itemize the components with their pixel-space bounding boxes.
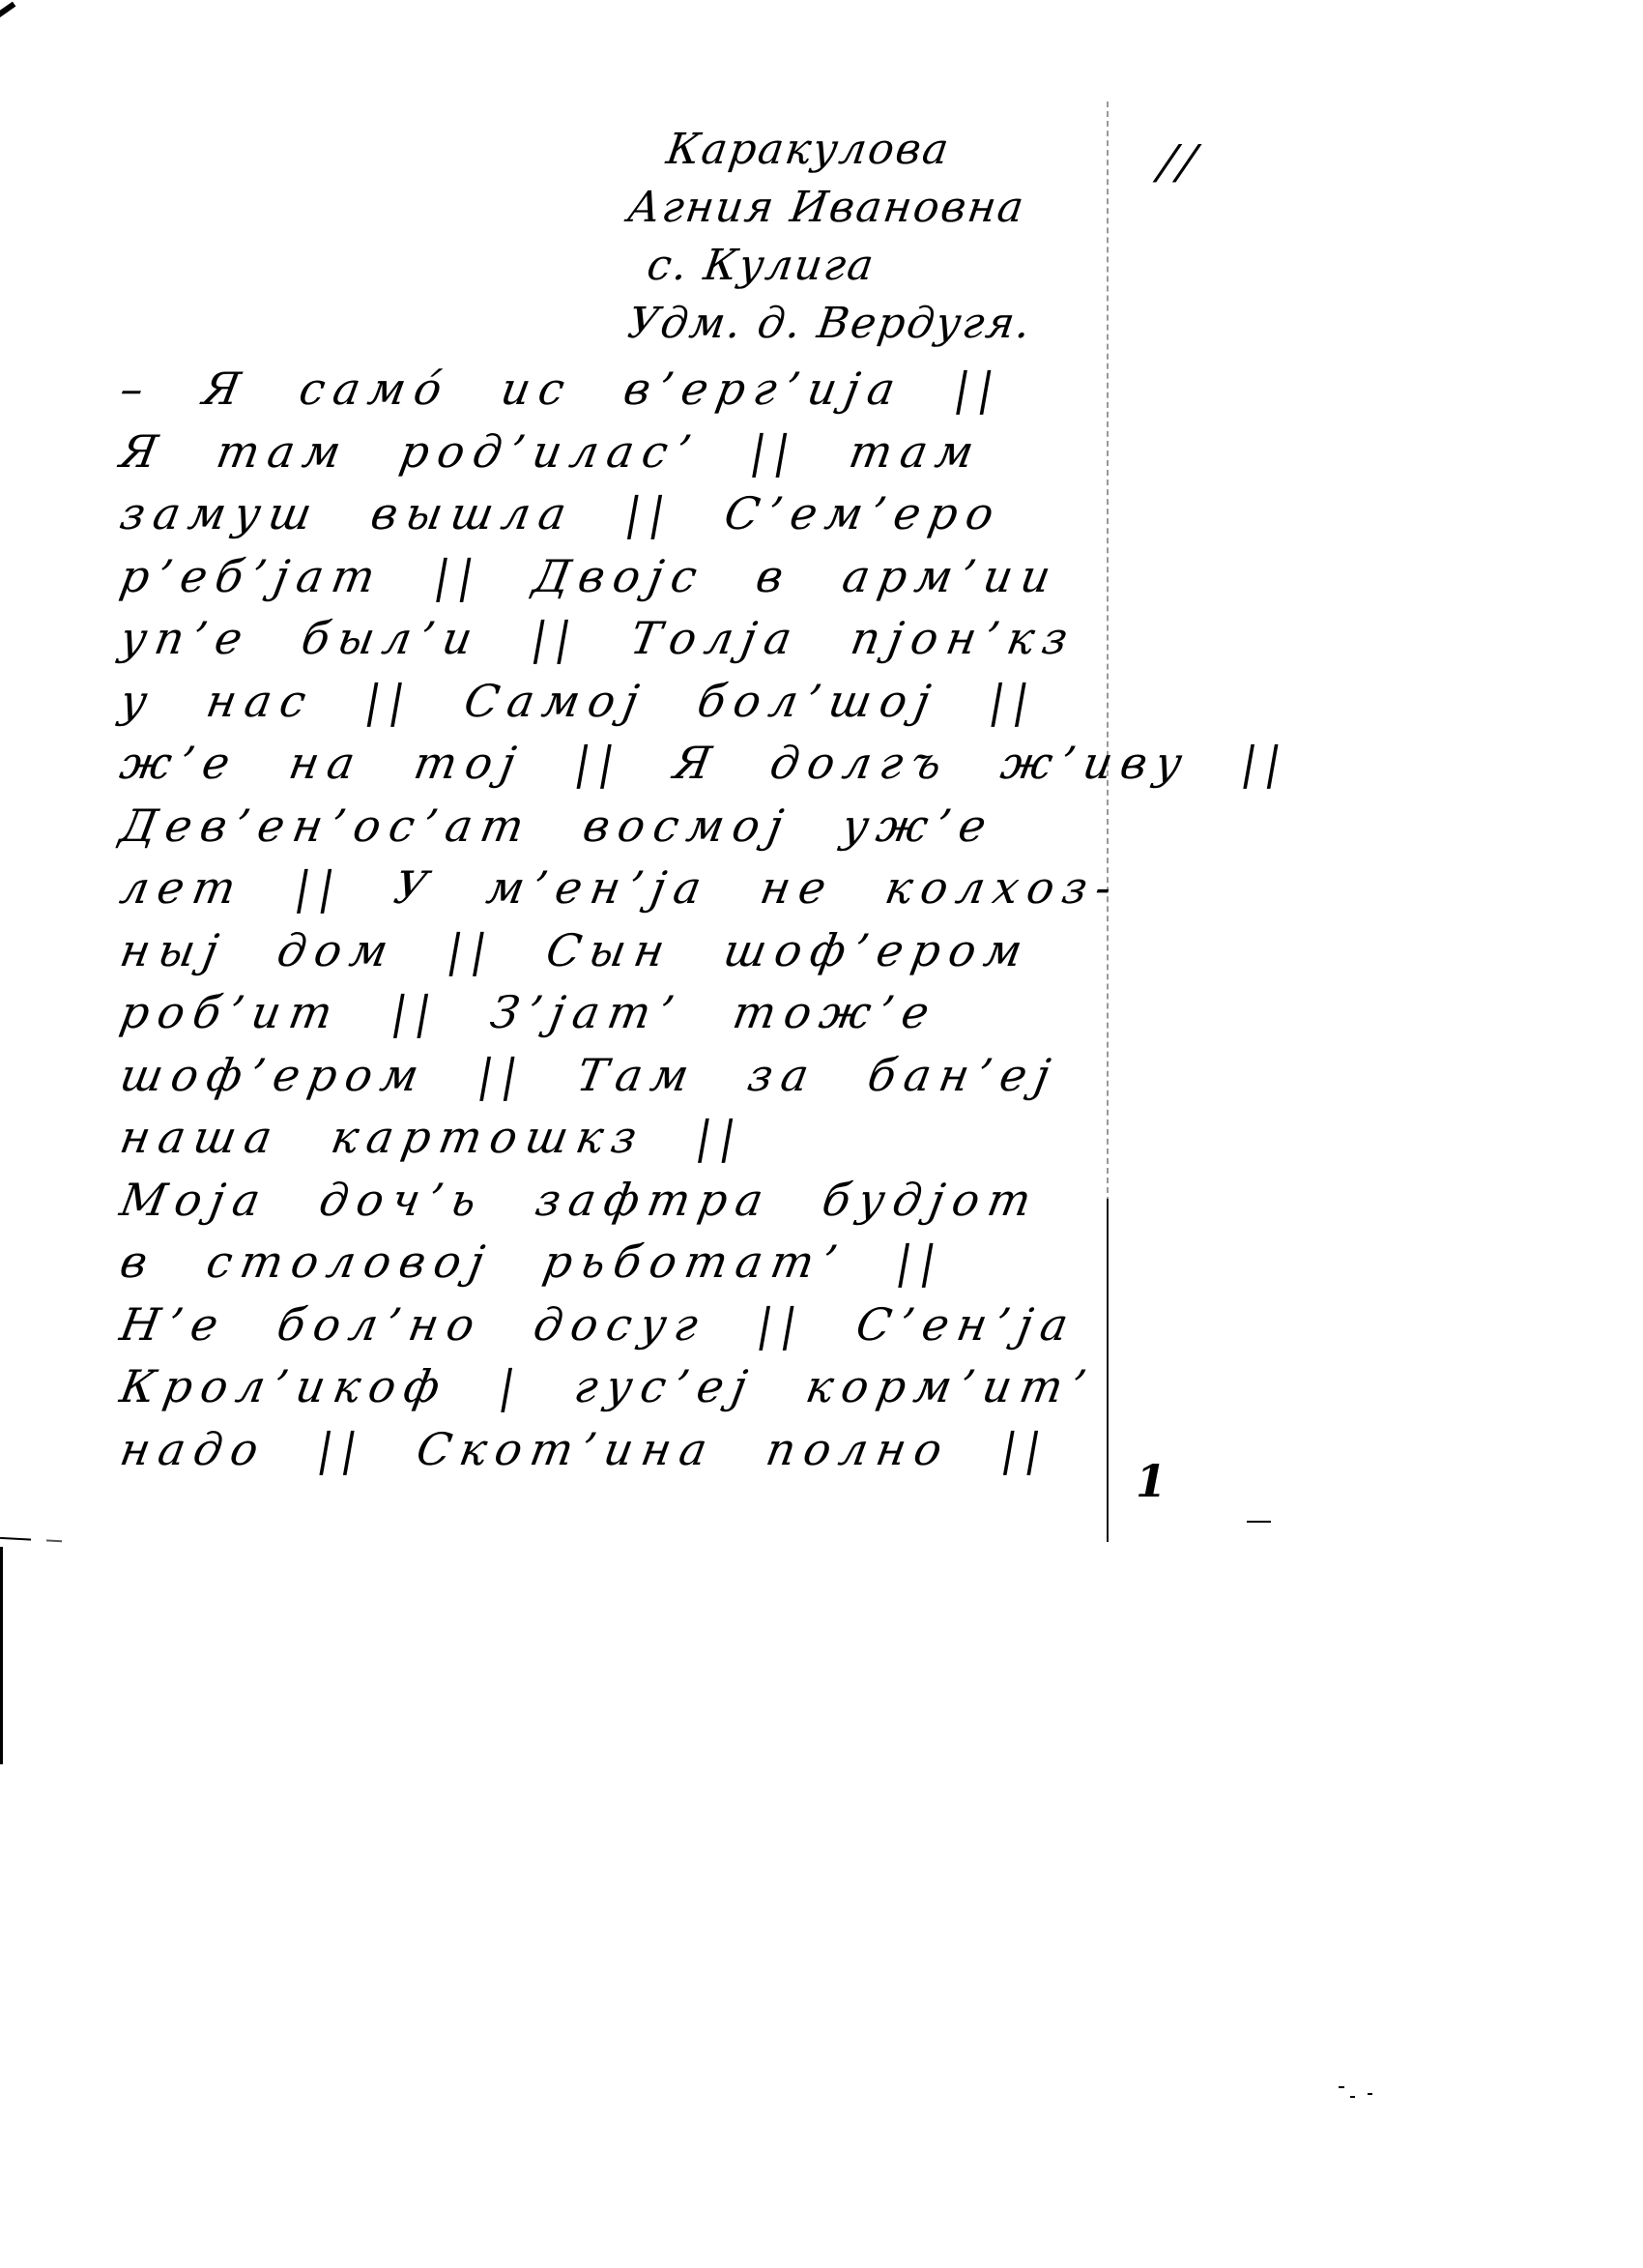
scan-speck xyxy=(1339,2086,1344,2088)
transcription-line: – Я само́ ис в’ерг’ија || xyxy=(115,358,1140,421)
informant-surname: Каракулова xyxy=(624,121,1135,179)
stray-dash-mark xyxy=(1247,1521,1271,1523)
scan-corner-mark xyxy=(0,2,15,17)
transcription-line: р’еб’јат || Двојс в арм’ии xyxy=(115,545,1140,608)
scan-edge-bar xyxy=(0,1547,3,1764)
informant-given-names: Агния Ивановна xyxy=(624,179,1135,237)
transcription-line: лет || У м’ен’ја не колхоз- xyxy=(115,857,1140,919)
informant-district: Удм. д. Вердугя. xyxy=(624,295,1135,353)
transcription-line: роб’ит || З’јат’ тож’е xyxy=(115,981,1140,1044)
scan-edge-mark xyxy=(0,1537,77,1543)
transcription-line: в столовој рьботат’ || xyxy=(115,1231,1140,1294)
transcription-line: надо || Скот’ина полно || xyxy=(115,1418,1140,1481)
transcription-line: Н’е бол’но досуг || С’ен’ја xyxy=(115,1294,1140,1356)
transcription-line: уп’е был’и || Толја пјон’кз xyxy=(115,607,1140,670)
transcription-line: шоф’ером || Там за бан’еј xyxy=(115,1044,1140,1107)
margin-slashes-mark: // xyxy=(1155,135,1203,189)
scan-speck xyxy=(1368,2093,1372,2095)
transcription-line: Крол’икоф | гус’еј корм’ит’ xyxy=(115,1355,1140,1418)
transcription-line: Дев’ен’ос’ат восмој уж’е xyxy=(115,795,1140,858)
transcription-line: ныј дом || Сын шоф’ером xyxy=(115,919,1140,982)
scan-speck xyxy=(1350,2096,1355,2098)
transcription-line: ж’е на тој || Я долгъ ж’иву || xyxy=(115,732,1140,795)
informant-village: с. Кулига xyxy=(624,237,1135,295)
informant-header: Каракулова Агния Ивановна с. Кулига Удм.… xyxy=(628,121,1131,353)
page-number: 1 xyxy=(1136,1455,1167,1507)
transcription-body: – Я само́ ис в’ерг’ија || Я там род’илас… xyxy=(121,358,1136,1480)
transcription-line: Моја доч’ь зафтра будјот xyxy=(115,1169,1140,1232)
transcription-line: у нас || Самој бол’шој || xyxy=(115,670,1140,733)
transcription-line: наша картошкз || xyxy=(115,1106,1140,1169)
transcription-line: замуш вышла || С’ем’еро xyxy=(115,482,1140,545)
transcription-line: Я там род’илас’ || там xyxy=(115,421,1140,483)
scanned-page: Каракулова Агния Ивановна с. Кулига Удм.… xyxy=(0,0,1643,2268)
